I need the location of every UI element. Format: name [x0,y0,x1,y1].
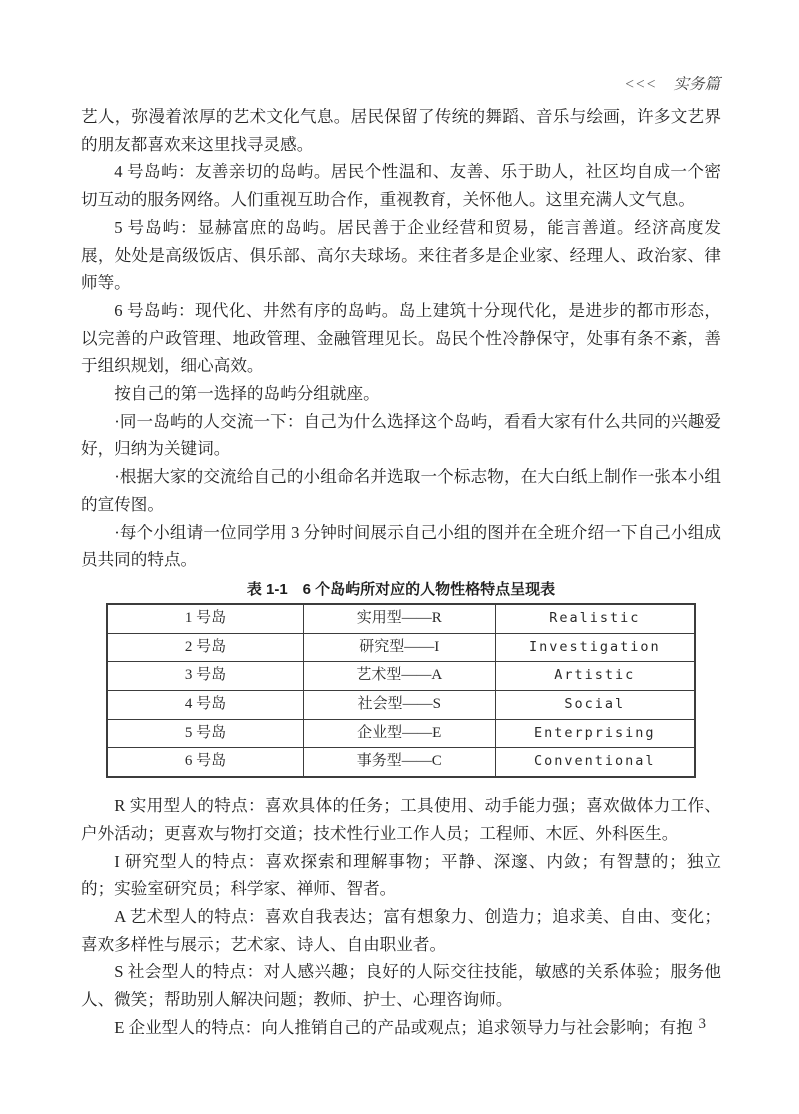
island-cell: 3 号岛 [107,662,303,691]
running-header: <<<实务篇 [625,72,720,94]
paragraph: 6 号岛屿：现代化、井然有序的岛屿。岛上建筑十分现代化，是进步的都市形态，以完善… [81,297,721,380]
island-cell: 2 号岛 [107,633,303,662]
bullet-item: ·根据大家的交流给自己的小组命名并选取一个标志物，在大白纸上制作一张本小组的宣传… [81,463,721,518]
paragraph: 艺人，弥漫着浓厚的艺术文化气息。居民保留了传统的舞蹈、音乐与绘画，许多文艺界的朋… [81,103,721,158]
paragraph: 4 号岛屿：友善亲切的岛屿。居民个性温和、友善、乐于助人，社区均自成一个密切互动… [81,158,721,213]
page-body: 艺人，弥漫着浓厚的艺术文化气息。居民保留了传统的舞蹈、音乐与绘画，许多文艺界的朋… [81,103,721,1042]
page-number: 3 [699,1016,707,1033]
type-cell: 事务型——C [303,748,495,777]
table-row: 6 号岛 事务型——C Conventional [107,748,695,777]
english-cell: Artistic [495,662,695,691]
english-cell: Conventional [495,748,695,777]
island-cell: 1 号岛 [107,604,303,633]
type-cell: 实用型——R [303,604,495,633]
paragraph: R 实用型人的特点：喜欢具体的任务；工具使用、动手能力强；喜欢做体力工作、户外活… [81,792,721,847]
type-cell: 研究型——I [303,633,495,662]
type-cell: 社会型——S [303,691,495,720]
paragraph: A 艺术型人的特点：喜欢自我表达；富有想象力、创造力；追求美、自由、变化；喜欢多… [81,903,721,958]
english-cell: Realistic [495,604,695,633]
table-row: 1 号岛 实用型——R Realistic [107,604,695,633]
paragraph: E 企业型人的特点：向人推销自己的产品或观点；追求领导力与社会影响；有抱 [81,1014,721,1042]
paragraph: I 研究型人的特点：喜欢探索和理解事物；平静、深邃、内敛；有智慧的；独立的；实验… [81,848,721,903]
header-section-title: 实务篇 [673,76,720,93]
paragraph: 5 号岛屿：显赫富庶的岛屿。居民善于企业经营和贸易，能言善道。经济高度发展，处处… [81,214,721,297]
island-cell: 6 号岛 [107,748,303,777]
paragraph: S 社会型人的特点：对人感兴趣；良好的人际交往技能，敏感的关系体验；服务他人、微… [81,958,721,1013]
document-page: <<<实务篇 艺人，弥漫着浓厚的艺术文化气息。居民保留了传统的舞蹈、音乐与绘画，… [0,0,799,1114]
table-row: 4 号岛 社会型——S Social [107,691,695,720]
table-row: 2 号岛 研究型——I Investigation [107,633,695,662]
type-cell: 艺术型——A [303,662,495,691]
chevrons-left-marks: <<< [625,76,657,93]
island-cell: 4 号岛 [107,691,303,720]
bullet-item: ·每个小组请一位同学用 3 分钟时间展示自己小组的图并在全班介绍一下自己小组成员… [81,519,721,574]
table-row: 3 号岛 艺术型——A Artistic [107,662,695,691]
bullet-item: ·同一岛屿的人交流一下：自己为什么选择这个岛屿，看看大家有什么共同的兴趣爱好，归… [81,408,721,463]
traits-section: R 实用型人的特点：喜欢具体的任务；工具使用、动手能力强；喜欢做体力工作、户外活… [81,778,721,1041]
island-cell: 5 号岛 [107,719,303,748]
table-caption: 表 1-1 6 个岛屿所对应的人物性格特点呈现表 [81,579,721,600]
table-row: 5 号岛 企业型——E Enterprising [107,719,695,748]
paragraph: 按自己的第一选择的岛屿分组就座。 [81,380,721,408]
type-cell: 企业型——E [303,719,495,748]
english-cell: Investigation [495,633,695,662]
personality-table: 1 号岛 实用型——R Realistic 2 号岛 研究型——I Invest… [106,603,696,778]
english-cell: Social [495,691,695,720]
english-cell: Enterprising [495,719,695,748]
